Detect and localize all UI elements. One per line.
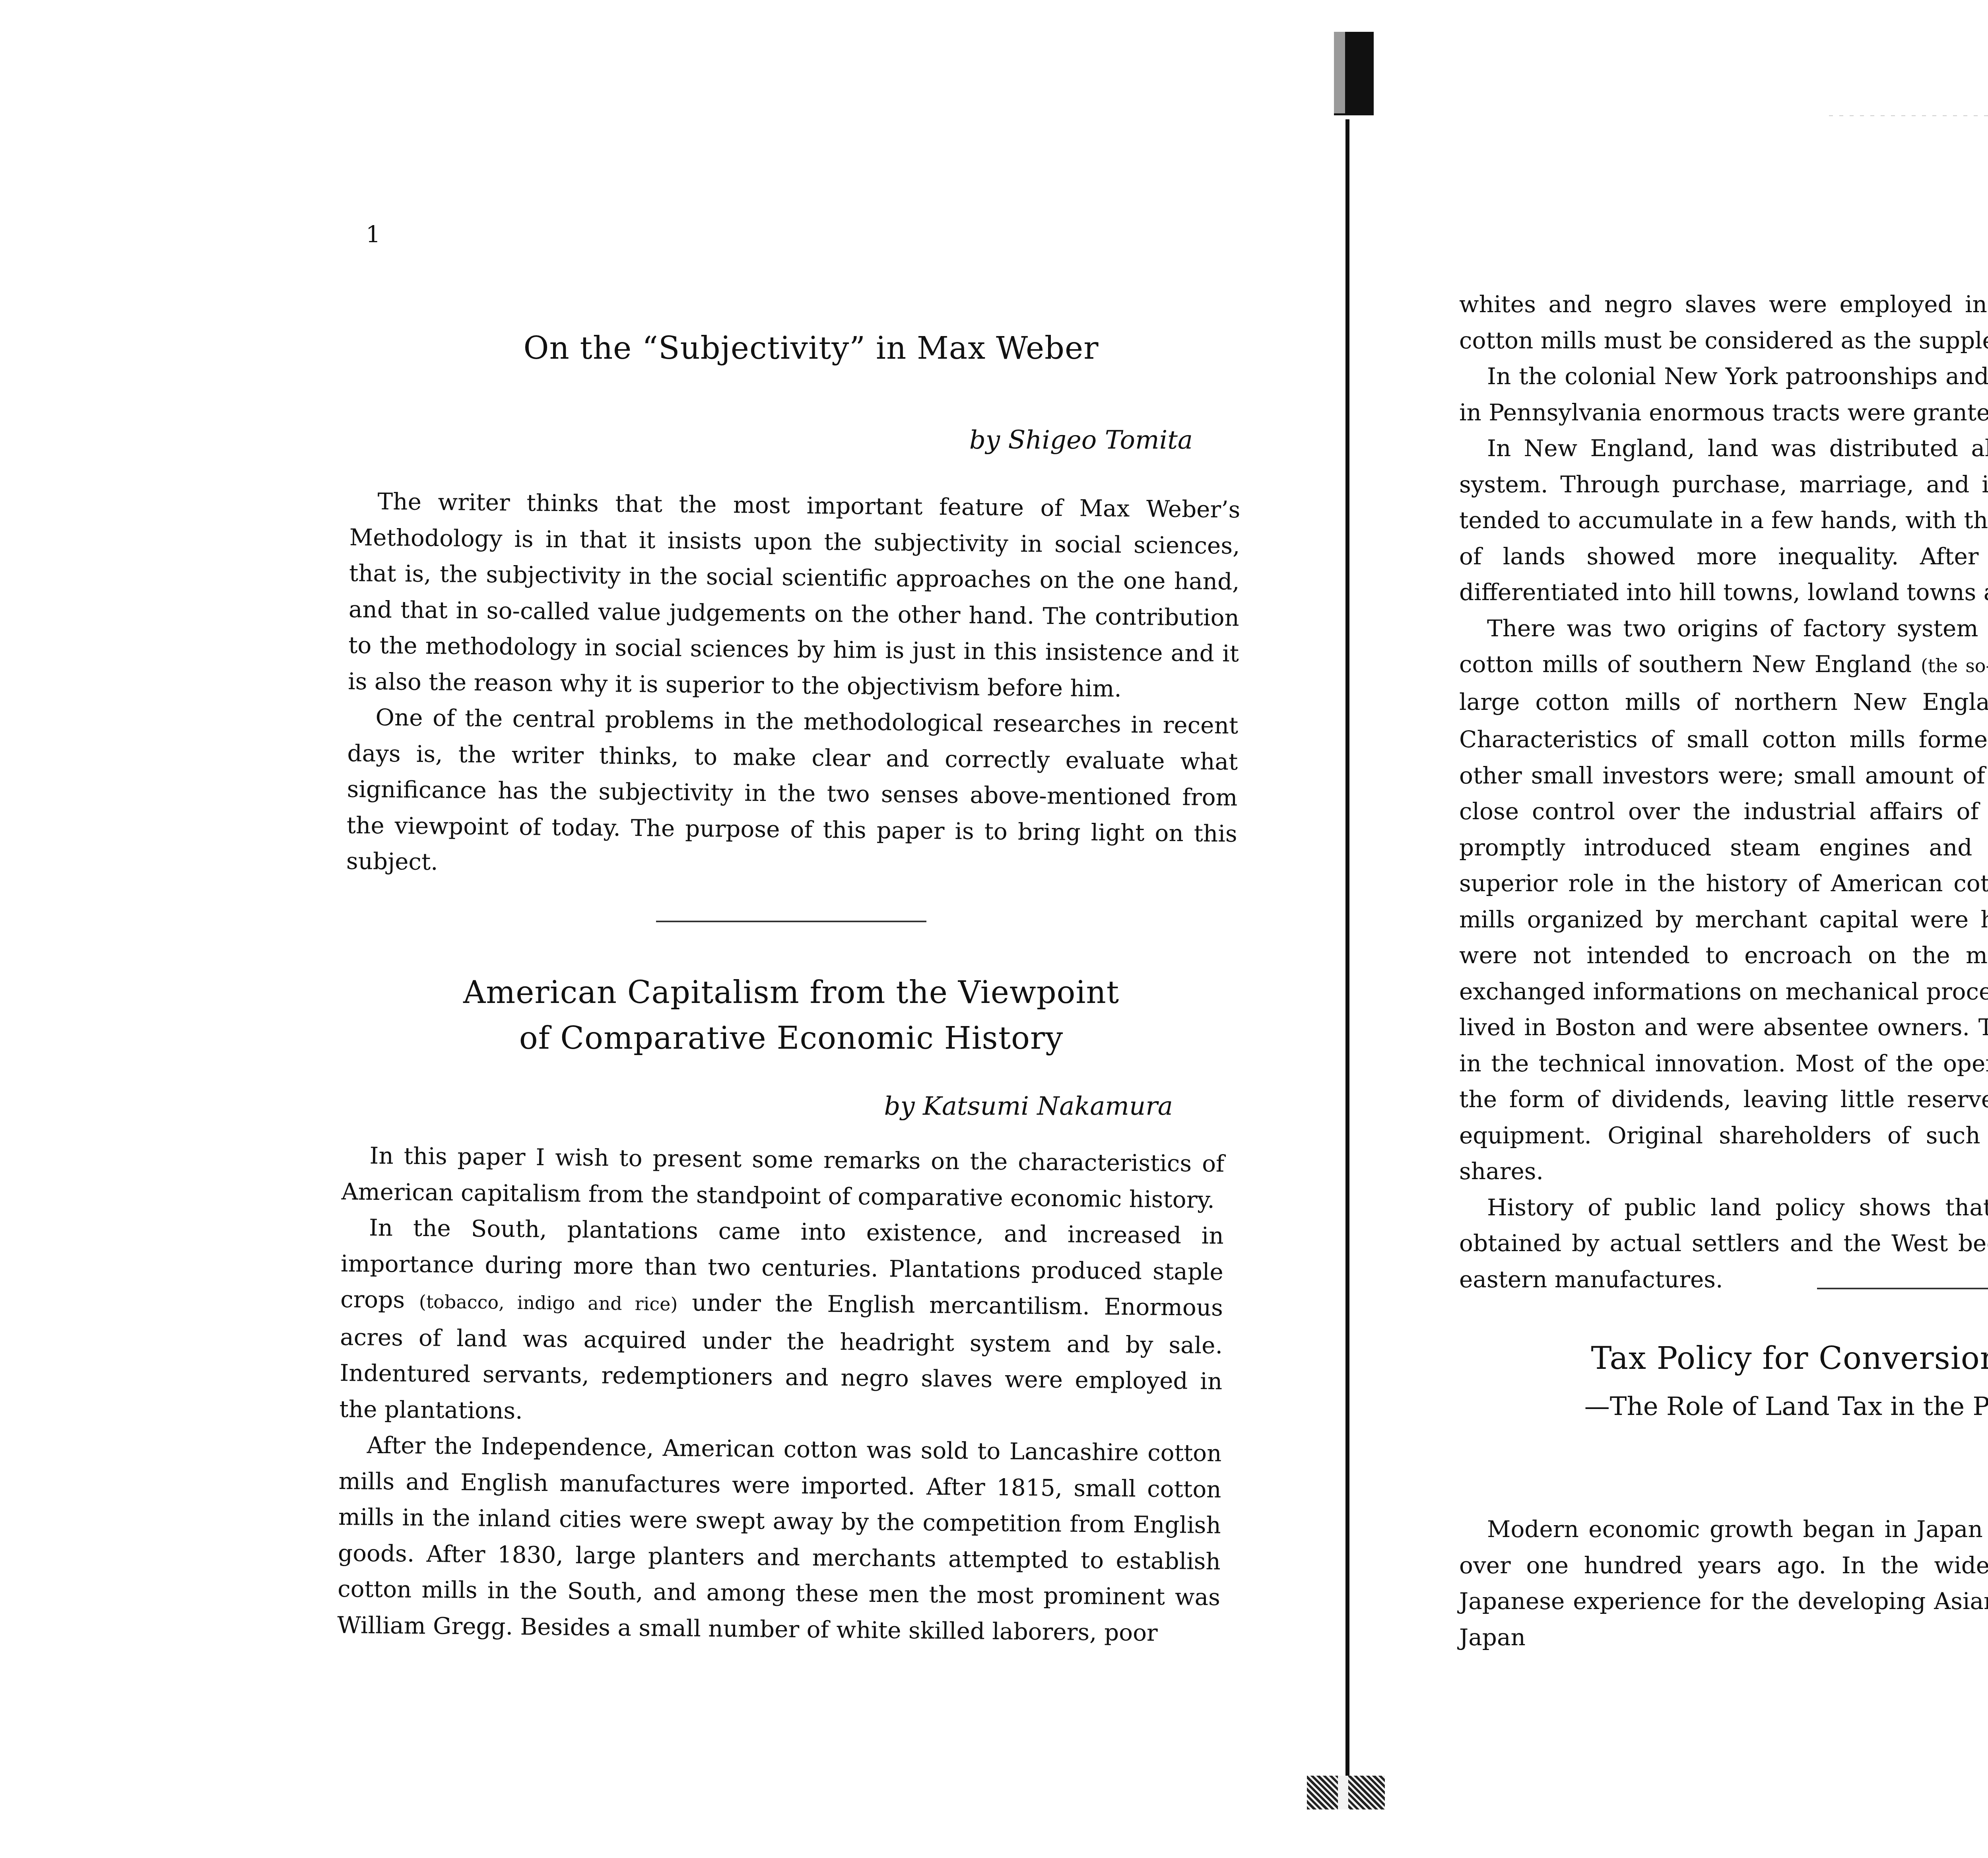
- article-title-tax-policy: Tax Policy for Conversion of Resources: [1459, 1336, 1988, 1381]
- left-page: 1 On the “Subjectivity” in Max Weber by …: [0, 0, 1348, 1858]
- article-author-furuta: by Seiji Furuta: [1869, 1456, 1988, 1485]
- paragraph: After the Independence, American cotton …: [337, 1427, 1222, 1651]
- article-title-weber: On the “Subjectivity” in Max Weber: [358, 326, 1264, 371]
- parenthetical-rhode-island: (the so-called “Rhode-Island type”): [1921, 655, 1988, 676]
- article-title-capitalism-line1: American Capitalism from the Viewpoint: [350, 970, 1233, 1015]
- paragraph: whites and negro slaves were employed in…: [1459, 286, 1988, 358]
- paragraph: The writer thinks that the most importan…: [348, 483, 1241, 707]
- article-author-tomita: by Shigeo Tomita: [716, 426, 1193, 455]
- paragraph: Modern economic growth began in Japan so…: [1459, 1511, 1988, 1655]
- paragraph: There was two origins of factory system …: [1459, 610, 1988, 1189]
- paragraph: In the South, plantations came into exis…: [339, 1209, 1224, 1435]
- article-title-capitalism-line2: of Comparative Economic History: [350, 1016, 1233, 1061]
- parenthetical-crops: (tobacco, indigo and rice): [419, 1291, 678, 1315]
- article-abstract-tax-policy: Modern economic growth began in Japan so…: [1459, 1511, 1988, 1655]
- right-page: 2 whites and negro slaves were employed …: [1352, 0, 1988, 1858]
- article-abstract-capitalism: In this paper I wish to present some rem…: [337, 1137, 1225, 1651]
- page-number: 1: [366, 223, 381, 246]
- paragraph: One of the central problems in the metho…: [346, 699, 1238, 888]
- paragraph: In this paper I wish to present some rem…: [341, 1137, 1225, 1218]
- article-author-nakamura: by Katsumi Nakamura: [716, 1092, 1173, 1121]
- article-abstract-capitalism-continued: whites and negro slaves were employed in…: [1459, 286, 1988, 1297]
- article-subtitle-tax-policy: —The Role of Land Tax in the Period of T…: [1459, 1392, 1988, 1421]
- section-divider: [656, 921, 926, 922]
- paragraph: In the colonial New York patroonships an…: [1459, 358, 1988, 430]
- section-divider: [1817, 1288, 1988, 1289]
- paragraph: History of public land policy shows that…: [1459, 1189, 1988, 1298]
- paragraph: In New England, land was distributed alm…: [1459, 430, 1988, 610]
- article-abstract-weber: The writer thinks that the most importan…: [346, 483, 1240, 888]
